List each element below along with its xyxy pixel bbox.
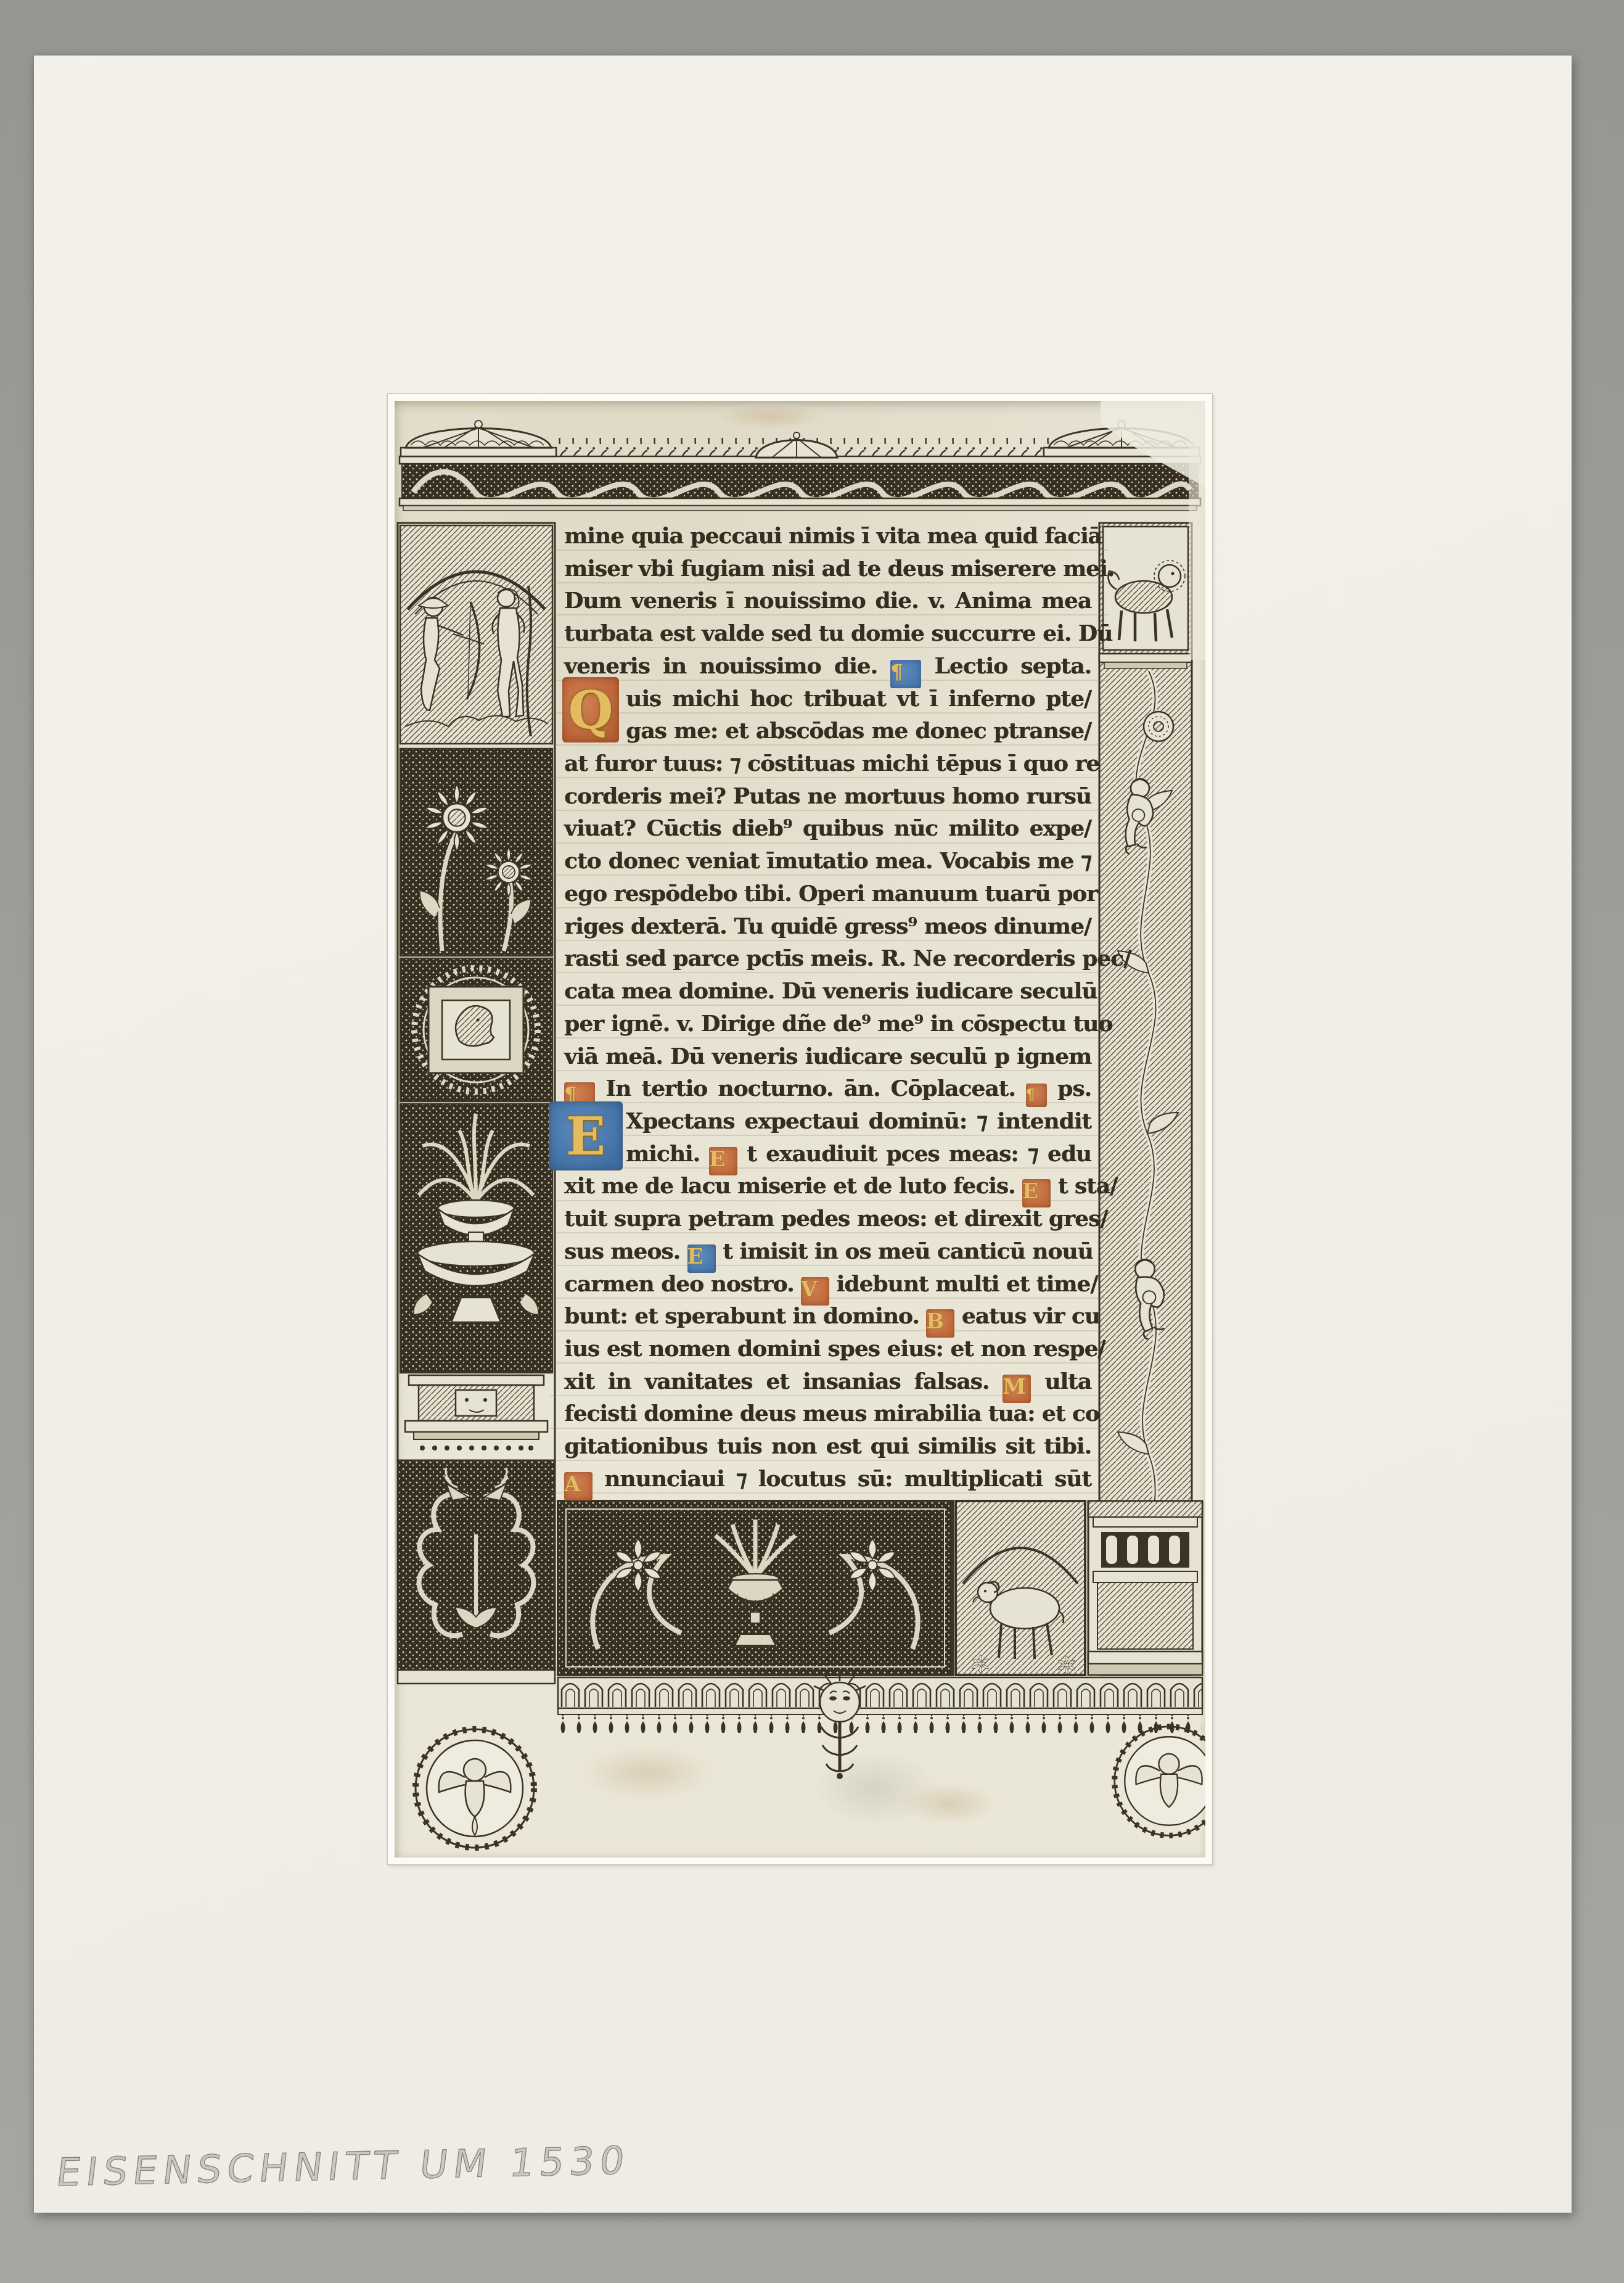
text-line: carmen deo nostro. V idebunt multi et ti… [564,1271,1091,1304]
text-line: A nnunciaui ⁊ locutus sū: multiplicati s… [564,1466,1091,1499]
line-text: viuat? Cūctis dieb⁹ quibus nūc milito ex… [564,815,1091,841]
border-left-column [398,523,555,1462]
angel-in-foliage-right [1115,1727,1205,1836]
text-line: cto donec veniat īmutatio mea. Vocabis m… [564,848,1091,881]
line-text: turbata est valde sed tu domie succurre … [564,620,1112,646]
text-line: fecisti domine deus meus mirabilia tua: … [564,1401,1091,1433]
dome-finial-right [1044,421,1199,456]
illuminated-initial-small: A [564,1472,593,1500]
fountain-panel [400,1104,552,1373]
line-text: t exaudiuit pces meas: ⁊ edu [737,1141,1091,1167]
text-line: cata mea domine. Dū veneris iudicare sec… [564,978,1091,1011]
line-text: miser vbi fugiam nisi ad te deus miserer… [564,556,1114,582]
lion-block [1103,527,1188,650]
line-text: cata mea domine. Dū veneris iudicare sec… [564,978,1097,1004]
illuminated-initial-small: M [1003,1375,1031,1403]
line-text: eatus vir cu [954,1303,1100,1329]
line-text: ego respōdebo tibi. Operi manuum tuarū p… [564,881,1097,907]
line-text: gas me: et abscōdas me donec ptranse/ [626,718,1091,744]
text-line: gas me: et abscōdas me donec ptranse/ [564,718,1091,751]
illuminated-initial-Q: Q [562,677,619,742]
text-line: veneris in nouissimo die. ¶ Lectio septa… [564,653,1091,686]
mat-board: mine quia peccaui nimis ī vita mea quid … [34,56,1572,2213]
gothic-arcade [558,1677,1202,1733]
pencil-inscription: EISENSCHNITT UM 1530 [51,2132,925,2218]
text-line: gitationibus tuis non est qui similis si… [564,1433,1091,1466]
paragraph-mark: ¶ [1026,1084,1047,1107]
line-text: t sta/ [1051,1173,1117,1199]
line-text: ps. [1047,1076,1091,1101]
border-bottom-band [398,1460,1205,1848]
text-line: uis michi hoc tribuat vt ī inferno pte/ [564,686,1091,718]
text-line: tuit supra petram pedes meos: et direxit… [564,1206,1091,1238]
pedestal-panel [405,1375,547,1450]
paragraph-mark: ¶ [890,660,921,688]
text-line: rasti sed parce pctīs meis. R. Ne record… [564,945,1091,978]
line-text: at furor tuus: ⁊ cōstituas michi tēpus ī… [564,751,1099,776]
text-line: at furor tuus: ⁊ cōstituas michi tēpus ī… [564,751,1091,783]
text-line: sus meos. E t imisit in os meū canticū n… [564,1238,1091,1271]
line-text: xit in vanitates et insanias falsas. [564,1368,1003,1394]
dragons-panel [398,1460,555,1684]
line-text: idebunt multi et time/ [829,1271,1097,1297]
balustrade-pedestal [1088,1501,1202,1675]
text-block: mine quia peccaui nimis ī vita mea quid … [564,523,1091,1500]
line-text: nnunciaui ⁊ locutus sū: multiplicati sūt [593,1466,1091,1492]
line-text: ulta [1031,1368,1091,1394]
border-top-frieze [400,421,1200,511]
line-text: carmen deo nostro. [564,1271,801,1297]
lamb-panel [956,1501,1085,1675]
text-line: corderis mei? Putas ne mortuus homo rurs… [564,783,1091,816]
vase-of-flowers-panel [558,1501,953,1675]
dome-finial-left [401,421,556,456]
illuminated-initial-small: E [709,1147,737,1175]
text-line: viā meā. Dū veneris iudicare seculū p ig… [564,1043,1091,1076]
text-line: miser vbi fugiam nisi ad te deus miserer… [564,556,1091,588]
text-line: ego respōdebo tibi. Operi manuum tuarū p… [564,881,1091,913]
line-text: Dum veneris ī nouissimo die. v. Anima me… [564,588,1091,614]
st-sebastian-panel [400,525,552,744]
text-line: ¶ In tertio nocturno. ān. Cōplaceat. ¶ p… [564,1076,1091,1108]
line-text: t imisit in os meū canticū nouū [716,1238,1093,1264]
line-text: Lectio septa. [921,653,1091,679]
illuminated-initial-E: E [549,1101,623,1170]
text-line: per ignē. v. Dirige dñe de⁹ me⁹ in cōspe… [564,1011,1091,1043]
line-text: gitationibus tuis non est qui similis si… [564,1433,1091,1459]
daisy-rosette [1144,712,1173,741]
dome-finial-center [756,432,837,458]
illuminated-initial-small: E [687,1244,716,1273]
text-line: turbata est valde sed tu domie succurre … [564,620,1091,653]
line-text: uis michi hoc tribuat vt ī inferno pte/ [626,686,1091,712]
illuminated-initial-small: E [1022,1179,1051,1207]
text-line: bunt: et sperabunt in domino. B eatus vi… [564,1303,1091,1336]
mat-window: mine quia peccaui nimis ī vita mea quid … [388,394,1212,1864]
text-line: Dum veneris ī nouissimo die. v. Anima me… [564,588,1091,620]
manuscript-leaf: mine quia peccaui nimis ī vita mea quid … [395,401,1205,1857]
text-line: viuat? Cūctis dieb⁹ quibus nūc milito ex… [564,815,1091,848]
text-line: michi. E t exaudiuit pces meas: ⁊ edu [564,1141,1091,1174]
line-text: xit me de lacu miserie et de luto fecis. [564,1173,1022,1199]
text-line: xit me de lacu miserie et de luto fecis.… [564,1173,1091,1206]
line-text: ius est nomen domini spes eius: et non r… [564,1336,1105,1362]
text-line: xit in vanitates et insanias falsas. M u… [564,1368,1091,1401]
line-text: corderis mei? Putas ne mortuus homo rurs… [564,783,1091,809]
text-line: riges dexterā. Tu quidē gress⁹ meos dinu… [564,913,1091,946]
angel-in-foliage-left [416,1729,534,1848]
line-text: mine quia peccaui nimis ī vita mea quid … [564,523,1102,549]
line-text: bunt: et sperabunt in domino. [564,1303,926,1329]
line-text: veneris in nouissimo die. [564,653,890,679]
line-text: fecisti domine deus meus mirabilia tua: … [564,1401,1099,1426]
illuminated-initial-small: B [926,1309,954,1338]
line-text: per ignē. v. Dirige dñe de⁹ me⁹ in cōspe… [564,1011,1112,1037]
line-text: tuit supra petram pedes meos: et direxit… [564,1206,1107,1232]
line-text: cto donec veniat īmutatio mea. Vocabis m… [564,848,1091,874]
photo-background: { "photo": { "scene": "matted-early-prin… [0,0,1624,2283]
line-text: sus meos. [564,1238,687,1264]
sunflowers-panel [400,749,552,956]
line-text: rasti sed parce pctīs meis. R. Ne record… [564,945,1131,971]
text-line: mine quia peccaui nimis ī vita mea quid … [564,523,1091,556]
profile-medallion-panel [400,958,552,1101]
line-text: viā meā. Dū veneris iudicare seculū p ig… [564,1043,1091,1069]
line-text: riges dexterā. Tu quidē gress⁹ meos dinu… [564,913,1091,939]
line-text: In tertio nocturno. ān. Cōplaceat. [595,1076,1026,1101]
illuminated-initial-small: V [801,1277,829,1306]
line-text: michi. [626,1141,709,1167]
text-line: ius est nomen domini spes eius: et non r… [564,1336,1091,1368]
line-text: Xpectans expectaui dominū: ⁊ intendit [626,1108,1091,1134]
text-line: Xpectans expectaui dominū: ⁊ intendit [564,1108,1091,1141]
